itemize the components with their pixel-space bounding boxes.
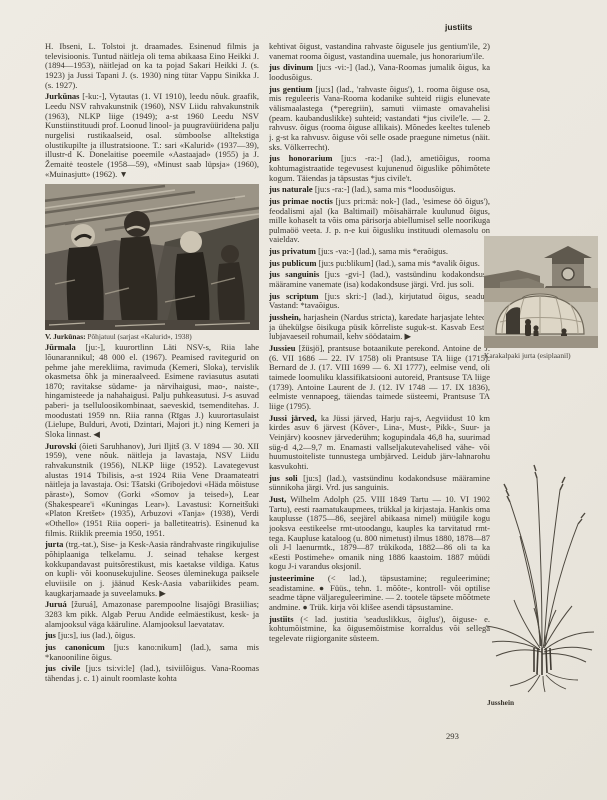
yurt-caption: Karakalpaki jurta (esiplaanil) <box>484 351 598 360</box>
entry-body: [-ku:-], Vytautas (1. VI 1910), leedu nõ… <box>45 91 259 178</box>
plant-figure: Jusshein <box>482 450 604 707</box>
dictionary-entry: justeerimine (< lad.), täpsustamine; reg… <box>269 574 490 613</box>
entry-headword: jus sanguinis <box>269 269 319 279</box>
dictionary-entry: jus soli [ju:s] (lad.), vastsündinu koda… <box>269 474 490 493</box>
dictionary-entry: jus canonicum [ju:s kano:nikum] (lad.), … <box>45 643 259 662</box>
entry-body: H. Ibseni, L. Tolstoi jt. draamades. Esi… <box>45 42 259 90</box>
dictionary-entry: H. Ibseni, L. Tolstoi jt. draamades. Esi… <box>45 42 259 90</box>
entry-body: ka Jüssi järved, Harju raj-s, Aegviidust… <box>269 413 490 471</box>
entry-body: [žüsjö], prantsuse botaanikute perekond.… <box>269 343 490 411</box>
dictionary-entry: jus divinum [ju:s -vi:-] (lad.), Vana-Ro… <box>269 63 490 82</box>
dictionary-entry: jus scriptum [ju:s skri:-] (lad.), kirju… <box>269 292 490 311</box>
entry-headword: Jurkūnas <box>45 91 80 101</box>
dictionary-entry: jus sanguinis [ju:s -gvi-] (lad.), vasts… <box>269 270 490 289</box>
entry-headword: justiits <box>269 614 294 624</box>
dictionary-entry: jurta (trg.-tat.), Sise- ja Kesk-Aasia r… <box>45 540 259 598</box>
dictionary-entry: Jussieu [žüsjö], prantsuse botaanikute p… <box>269 344 490 412</box>
entry-body: [ju:s], ius (lad.), õigus. <box>56 630 135 640</box>
woodcut-figure: V. Jurkūnas: Põhjatuul (sarjast «Kalurid… <box>45 184 259 341</box>
left-column: H. Ibseni, L. Tolstoi jt. draamades. Esi… <box>45 42 259 754</box>
woodcut-caption-text: Põhjatuul (sarjast «Kalurid», 1938) <box>86 332 192 341</box>
text-columns: H. Ibseni, L. Tolstoi jt. draamades. Esi… <box>45 42 490 754</box>
entry-headword: jurta <box>45 539 63 549</box>
woodcut-caption-artist: V. Jurkūnas: <box>45 332 86 341</box>
entry-headword: jus honorarium <box>269 153 332 163</box>
entry-body: (õieti Saruhhanov), Juri Iljitš (3. V 18… <box>45 441 259 538</box>
dictionary-entry: Juruá [žuruá], Amazonase parempoolne lis… <box>45 600 259 629</box>
entry-headword: Juruá <box>45 599 67 609</box>
dictionary-entry: jusshein, harjashein (Nardus stricta), k… <box>269 313 490 342</box>
woodcut-print-icon <box>45 184 259 330</box>
dictionary-entry: jus privatum [ju:s -va:-] (lad.), sama m… <box>269 247 490 257</box>
dictionary-entry: jus gentium [ju:s] (lad., 'rahvaste õigu… <box>269 85 490 153</box>
entry-body: [ju:s pu:blikum] (lad.), sama mis *avali… <box>316 258 479 268</box>
woodcut-caption: V. Jurkūnas: Põhjatuul (sarjast «Kalurid… <box>45 332 259 341</box>
entry-headword: jus naturale <box>269 184 313 194</box>
entry-body: [ju:-], kuurortlinn Läti NSV-s, Riia lah… <box>45 342 259 439</box>
entry-headword: jus <box>45 630 56 640</box>
dictionary-entry: Just, Wilhelm Adolph (25. VIII 1849 Tart… <box>269 495 490 572</box>
entry-body: (trg.-tat.), Sise- ja Kesk-Aasia rändrah… <box>45 539 259 597</box>
entry-headword: jus scriptum <box>269 291 319 301</box>
page-number: 293 <box>446 731 459 741</box>
entry-headword: jus canonicum <box>45 642 105 652</box>
entry-body: [ju:s] (lad.), vastsündinu kodakondsuse … <box>269 473 490 493</box>
entry-headword: jus civile <box>45 663 80 673</box>
entry-headword: Just, <box>269 494 286 504</box>
entry-body: kehtivat õigust, vastandina rahvaste õig… <box>269 42 490 61</box>
entry-body: harjashein (Nardus stricta), karedate ha… <box>269 312 490 341</box>
plant-caption: Jusshein <box>487 698 604 707</box>
entry-body: Wilhelm Adolph (25. VIII 1849 Tartu — 10… <box>269 494 490 572</box>
entry-headword: justeerimine <box>269 573 314 583</box>
dictionary-entry: jus publicum [ju:s pu:blikum] (lad.), sa… <box>269 259 490 269</box>
entry-headword: jus publicum <box>269 258 316 268</box>
dictionary-entry: kehtivat õigust, vastandina rahvaste õig… <box>269 42 490 61</box>
entry-headword: Jūrmala <box>45 342 76 352</box>
dictionary-entry: Jussi järved, ka Jüssi järved, Harju raj… <box>269 414 490 472</box>
entry-headword: jus divinum <box>269 62 313 72</box>
dictionary-entry: jus [ju:s], ius (lad.), õigus. <box>45 631 259 641</box>
entry-body: [žuruá], Amazonase parempoolne lisajõgi … <box>45 599 259 628</box>
entry-headword: jus privatum <box>269 246 316 256</box>
dictionary-entry: jus primae noctis [ju:s pri:mä: nok-] (l… <box>269 197 490 245</box>
entry-headword: Jurovski <box>45 441 77 451</box>
dictionary-entry: Jurkūnas [-ku:-], Vytautas (1. VI 1910),… <box>45 92 259 179</box>
entry-headword: Jussieu <box>269 343 295 353</box>
entry-body: [ju:s -ra:-] (lad.), sama mis *loodusõig… <box>313 184 456 194</box>
dictionary-entry: jus honorarium [ju:s -ra:-] (lad.), amet… <box>269 154 490 183</box>
running-head: justiits <box>445 22 472 32</box>
entry-headword: jus gentium <box>269 84 313 94</box>
yurt-photo-icon <box>484 236 598 348</box>
dictionary-entry: justiits (< lad. justitia 'seaduslikkus,… <box>269 615 490 644</box>
grass-plant-icon <box>482 450 604 694</box>
entry-body: (< lad. justitia 'seaduslikkus, õiglus')… <box>269 614 490 643</box>
yurt-figure: Karakalpaki jurta (esiplaanil) <box>484 236 598 360</box>
entry-headword: jusshein, <box>269 312 301 322</box>
dictionary-entry: Jūrmala [ju:-], kuurortlinn Läti NSV-s, … <box>45 343 259 440</box>
entry-body: [ju:s] (lad., 'rahvaste õigus'), 1. room… <box>269 84 490 152</box>
entry-body: [ju:s -va:-] (lad.), sama mis *eraõigus. <box>316 246 448 256</box>
left-column-top-entries: H. Ibseni, L. Tolstoi jt. draamades. Esi… <box>45 42 259 179</box>
entry-headword: jus primae noctis <box>269 196 333 206</box>
entry-headword: jus soli <box>269 473 298 483</box>
encyclopedia-page: justiits H. Ibseni, L. Tolstoi jt. draam… <box>0 0 607 800</box>
right-column: kehtivat õigust, vastandina rahvaste õig… <box>269 42 490 747</box>
entry-headword: Jussi järved, <box>269 413 317 423</box>
dictionary-entry: jus civile [ju:s tsi:vi:le] (lad.), tsiv… <box>45 664 259 683</box>
dictionary-entry: jus naturale [ju:s -ra:-] (lad.), sama m… <box>269 185 490 195</box>
left-column-bottom-entries: Jūrmala [ju:-], kuurortlinn Läti NSV-s, … <box>45 343 259 683</box>
dictionary-entry: Jurovski (õieti Saruhhanov), Juri Iljitš… <box>45 442 259 539</box>
